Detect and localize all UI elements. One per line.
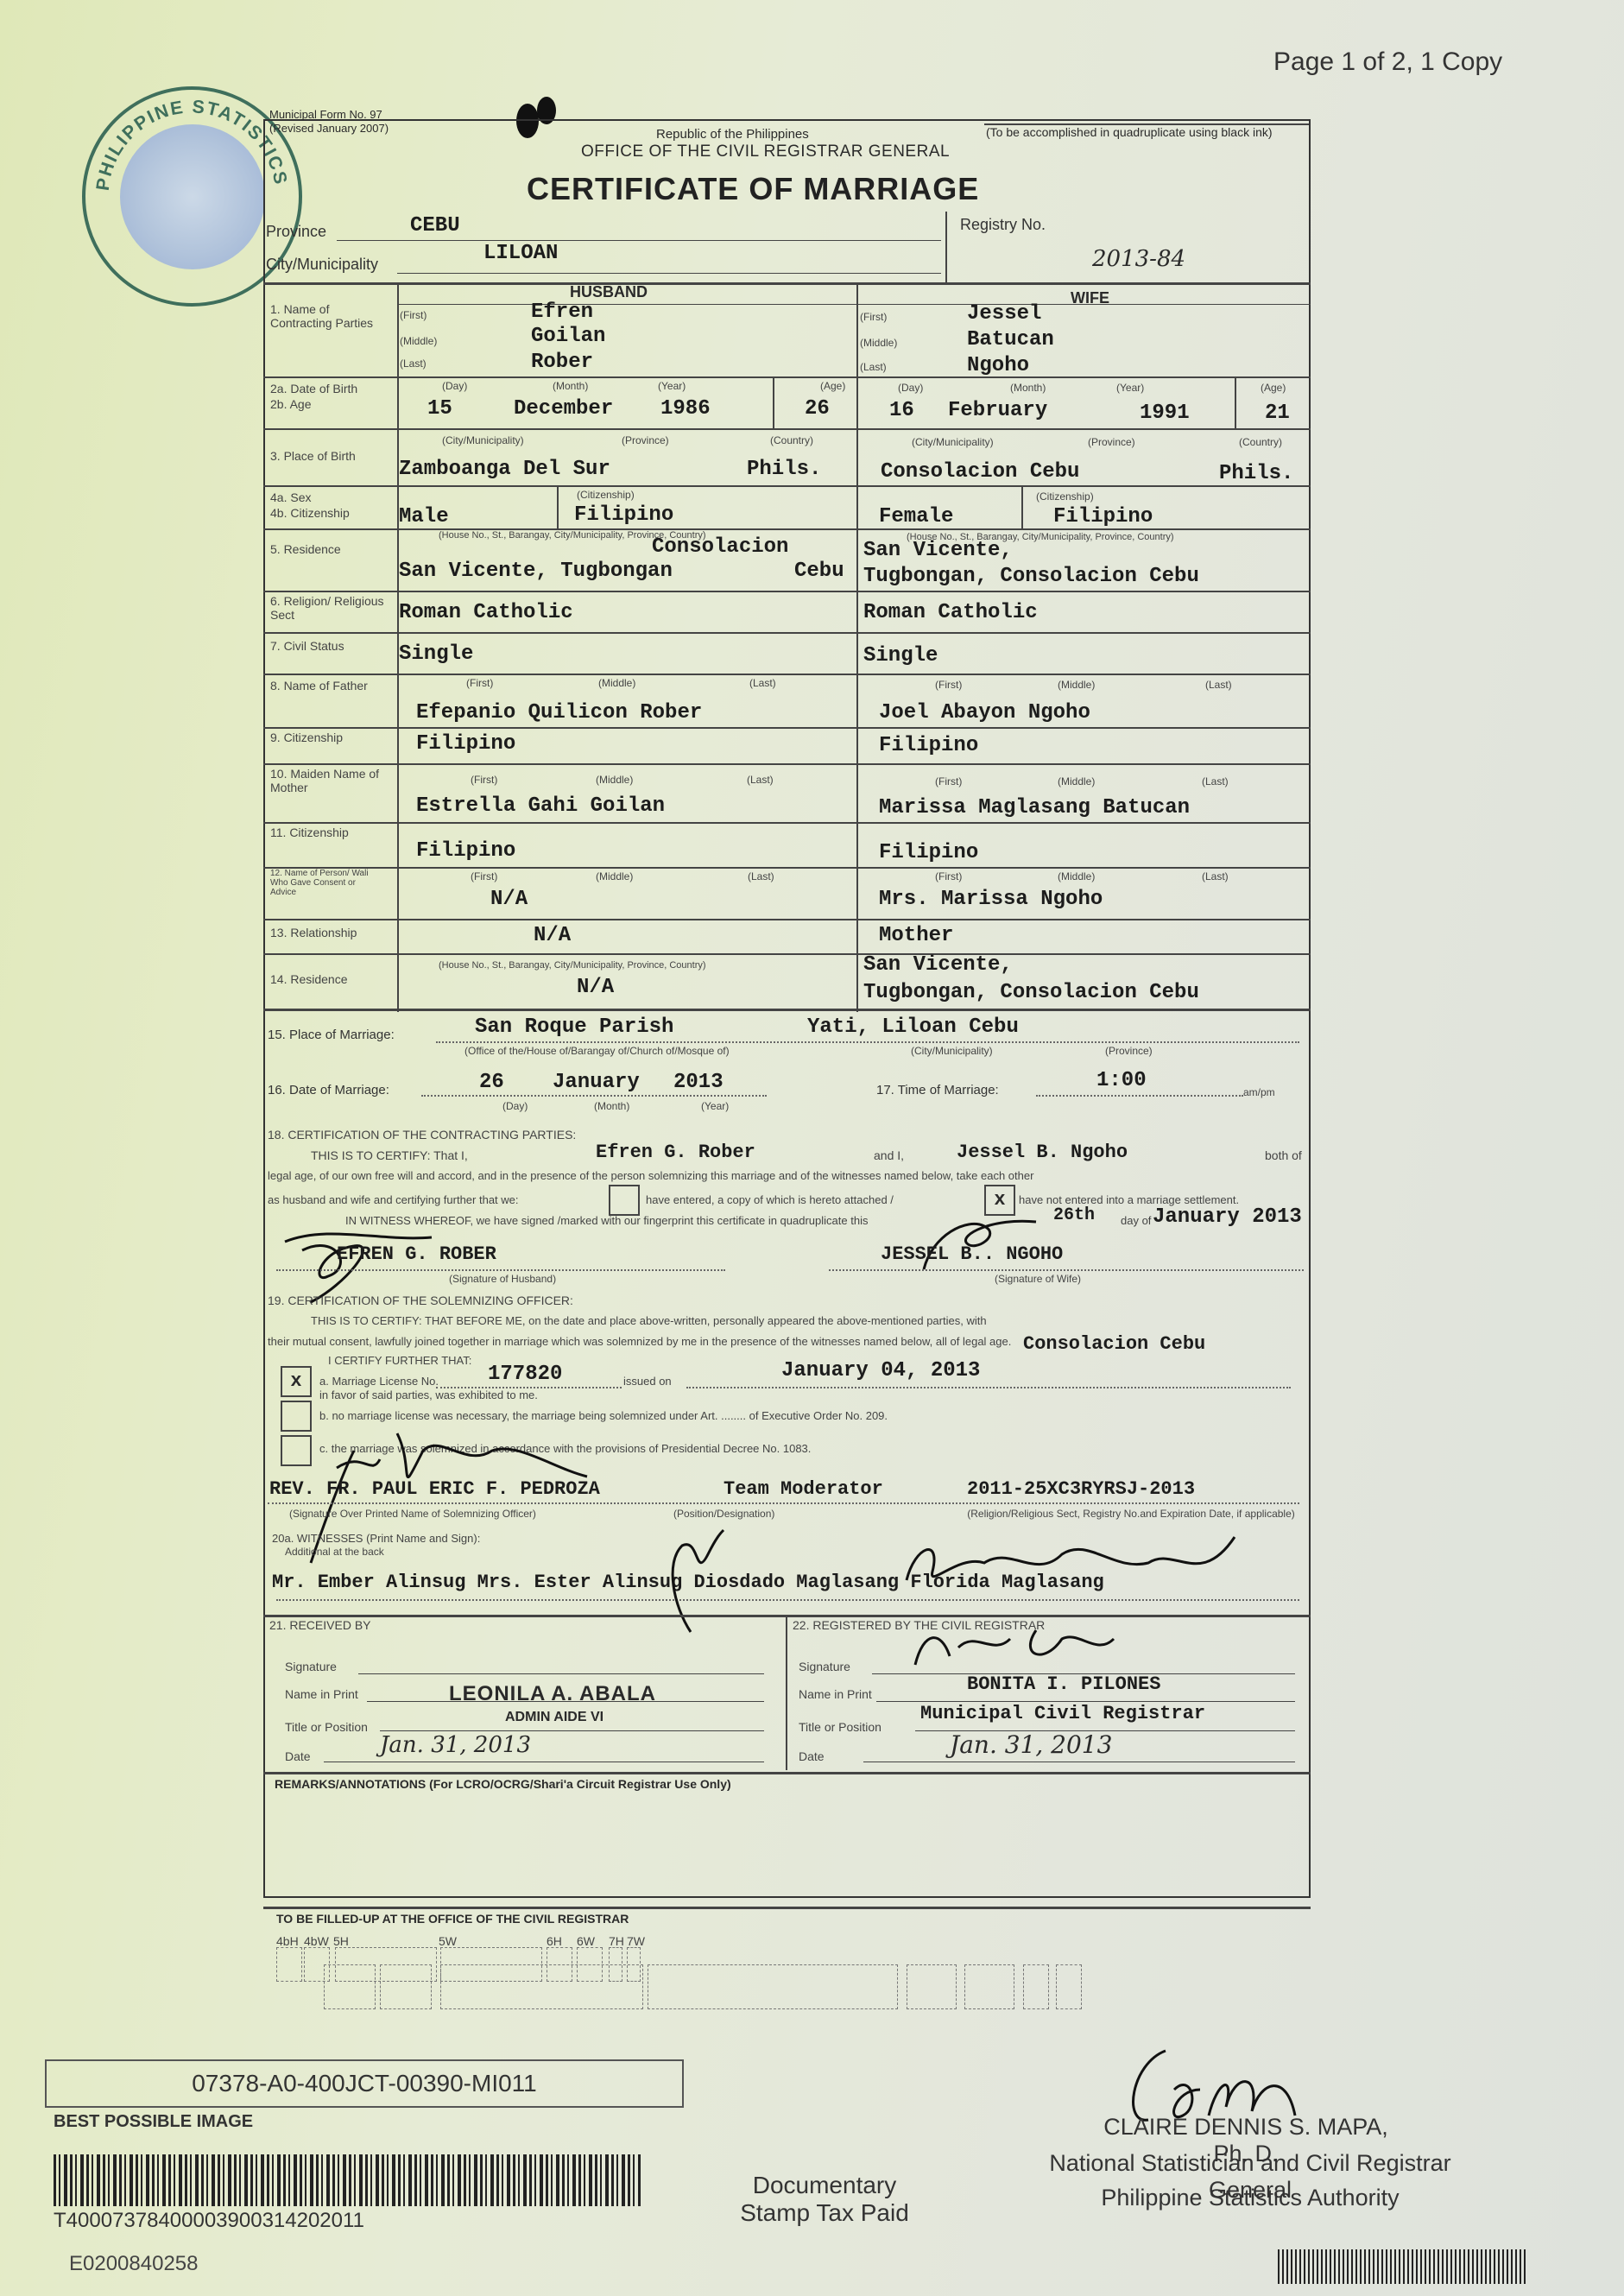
cert18-line3c: have not entered into a marriage settlem… xyxy=(1019,1193,1239,1206)
husband-first-name: Efren xyxy=(531,300,593,324)
sublabel-first: (First) xyxy=(860,311,887,323)
place-city: Yati, Liloan Cebu xyxy=(807,1015,1019,1039)
sublabel-month: (Month) xyxy=(1010,382,1046,394)
registered-name-label: Name in Print xyxy=(799,1687,872,1701)
witness-signature-icon xyxy=(889,1528,1252,1606)
office-use-label: TO BE FILLED-UP AT THE OFFICE OF THE CIV… xyxy=(276,1912,629,1926)
cert18-husband-name: Efren G. Rober xyxy=(596,1142,755,1163)
row-label-father: 8. Name of Father xyxy=(270,679,374,693)
sublabel-city: (City/Municipality) xyxy=(442,434,524,446)
wife-age: 21 xyxy=(1265,402,1290,425)
sublabel-last: (Last) xyxy=(749,677,776,689)
cert19-line1: THIS IS TO CERTIFY: THAT BEFORE ME, on t… xyxy=(311,1314,987,1327)
husband-mother-citizenship: Filipino xyxy=(416,839,515,863)
sublabel-citizenship: (Citizenship) xyxy=(1036,490,1094,503)
row-label-relationship: 13. Relationship xyxy=(270,926,357,939)
husband-civil-status: Single xyxy=(399,642,473,666)
sublabel-day: (Day) xyxy=(502,1100,528,1112)
husband-consent-residence: N/A xyxy=(577,976,614,999)
husband-pob-country: Phils. xyxy=(747,458,821,481)
sublabel-last: (Last) xyxy=(1202,775,1229,787)
sublabel-age: (Age) xyxy=(1261,382,1286,394)
officer-name: REV. FR. PAUL ERIC F. PEDROZA xyxy=(269,1478,600,1500)
cert19-further: I CERTIFY FURTHER THAT: xyxy=(328,1354,471,1367)
sublabel-day: (Day) xyxy=(442,380,467,392)
sublabel-year: (Year) xyxy=(701,1100,729,1112)
place-sub-office: (Office of the/House of/Barangay of/Chur… xyxy=(464,1045,730,1057)
sublabel-first: (First) xyxy=(400,309,427,321)
place-of-marriage-label: 15. Place of Marriage: xyxy=(268,1028,395,1042)
husband-signature-label: (Signature of Husband) xyxy=(449,1273,556,1285)
wife-relationship: Mother xyxy=(879,924,953,947)
document-code: 07378-A0-400JCT-00390-MI011 xyxy=(47,2061,682,2106)
row-label-citizenship: 4b. Citizenship xyxy=(270,506,350,520)
husband-dob-day: 15 xyxy=(427,397,452,421)
sublabel-last: (Last) xyxy=(1205,679,1232,691)
barcode-text: T40007378400003900314202011 xyxy=(54,2209,364,2233)
wife-last-name: Ngoho xyxy=(967,354,1029,377)
sublabel-day: (Day) xyxy=(898,382,923,394)
cert18-heading: 18. CERTIFICATION OF THE CONTRACTING PAR… xyxy=(268,1128,576,1142)
husband-father-citizenship: Filipino xyxy=(416,732,515,756)
row-label-civil-status: 7. Civil Status xyxy=(270,639,344,653)
sublabel-middle: (Middle) xyxy=(1058,679,1095,691)
code-5h-label: 5H xyxy=(333,1934,349,1948)
registered-title: Municipal Civil Registrar xyxy=(920,1703,1205,1724)
wife-religion: Roman Catholic xyxy=(863,601,1038,624)
sublabel-residence: (House No., St., Barangay, City/Municipa… xyxy=(439,960,706,971)
registered-date-label: Date xyxy=(799,1749,825,1763)
wife-civil-status: Single xyxy=(863,644,938,667)
registrar-signature-icon xyxy=(907,1613,1131,1673)
wife-mother-name: Marissa Maglasang Batucan xyxy=(879,796,1190,819)
republic-label: Republic of the Philippines xyxy=(656,127,809,142)
row-label-names: 1. Name of Contracting Parties xyxy=(270,302,391,330)
wife-residence-line1: San Vicente, xyxy=(863,539,1013,562)
form-no-text: Municipal Form No. 97 xyxy=(269,108,389,122)
stamp-line1: Documentary xyxy=(730,2172,919,2199)
position-sub: (Position/Designation) xyxy=(673,1508,774,1520)
cert18-line3a: as husband and wife and certifying furth… xyxy=(268,1193,519,1206)
received-signature-label: Signature xyxy=(285,1660,337,1673)
code-7w-label: 7W xyxy=(627,1934,645,1948)
row-label-consent: 12. Name of Person/ Wali Who Gave Consen… xyxy=(270,869,382,897)
husband-header: HUSBAND xyxy=(570,283,648,301)
row-label-dob: 2a. Date of Birth xyxy=(270,382,357,395)
husband-sex: Male xyxy=(399,505,449,528)
cert18-day-label: day of xyxy=(1121,1214,1151,1227)
sublabel-year: (Year) xyxy=(1116,382,1144,394)
cert19-place-overprint: Consolacion Cebu xyxy=(1023,1333,1205,1355)
husband-citizenship: Filipino xyxy=(574,503,673,527)
husband-residence-line3: Cebu xyxy=(794,560,844,583)
code-5w-label: 5W xyxy=(439,1934,457,1948)
sublabel-middle: (Middle) xyxy=(400,335,437,347)
sublabel-last: (Last) xyxy=(747,774,774,786)
cert18-and: and I, xyxy=(874,1148,904,1162)
sublabel-city: (City/Municipality) xyxy=(912,436,994,448)
wife-father-name: Joel Abayon Ngoho xyxy=(879,701,1090,724)
sublabel-month: (Month) xyxy=(553,380,588,392)
row-label-mother-citizenship: 11. Citizenship xyxy=(270,825,349,839)
row-label-age: 2b. Age xyxy=(270,397,312,411)
row-label-mother: 10. Maiden Name of Mother xyxy=(270,767,391,794)
marriage-year: 2013 xyxy=(673,1071,724,1094)
husband-dob-year: 1986 xyxy=(660,397,711,421)
sublabel-country: (Country) xyxy=(770,434,813,446)
row-label-father-citizenship: 9. Citizenship xyxy=(270,731,343,744)
husband-pob-city: Zamboanga Del Sur xyxy=(399,458,610,481)
husband-residence-line2: San Vicente, Tugbongan xyxy=(399,560,673,583)
witnesses-sublabel: Additional at the back xyxy=(285,1546,384,1558)
row-label-pob: 3. Place of Birth xyxy=(270,449,356,463)
husband-relationship: N/A xyxy=(534,924,571,947)
code-6w-label: 6W xyxy=(577,1934,595,1948)
husband-printed-name: EFREN G. ROBER xyxy=(337,1243,496,1265)
license-cont: in favor of said parties, was exhibited … xyxy=(319,1388,538,1401)
license-label: a. Marriage License No. xyxy=(319,1375,439,1388)
registered-date: Jan. 31, 2013 xyxy=(950,1730,1112,1759)
cert18-wife-name: Jessel B. Ngoho xyxy=(957,1142,1128,1163)
code-box-4bh[interactable] xyxy=(276,1947,302,1982)
cert19-line2: their mutual consent, lawfully joined to… xyxy=(268,1335,1011,1348)
place-sub-province: (Province) xyxy=(1105,1045,1153,1057)
barcode-icon xyxy=(54,2154,641,2206)
row-label-religion: 6. Religion/ Religious Sect xyxy=(270,594,391,622)
wife-dob-day: 16 xyxy=(889,399,914,422)
form-number: Municipal Form No. 97 (Revised January 2… xyxy=(269,108,389,136)
sublabel-age: (Age) xyxy=(820,380,845,392)
marriage-month: January xyxy=(553,1071,640,1094)
received-by-heading: 21. RECEIVED BY xyxy=(269,1618,371,1632)
issued-on-label: issued on xyxy=(623,1375,672,1388)
received-title-label: Title or Position xyxy=(285,1720,368,1734)
sublabel-first: (First) xyxy=(935,870,962,882)
code-4bw-label: 4bW xyxy=(304,1934,329,1948)
sublabel-year: (Year) xyxy=(658,380,686,392)
city-label: City/Municipality xyxy=(266,256,378,274)
ink-note: (To be accomplished in quadruplicate usi… xyxy=(986,125,1273,139)
wife-pob-city: Consolacion Cebu xyxy=(881,460,1079,484)
sublabel-middle: (Middle) xyxy=(598,677,635,689)
husband-last-name: Rober xyxy=(531,351,593,374)
husband-mother-name: Estrella Gahi Goilan xyxy=(416,794,665,818)
witnesses-label: 20a. WITNESSES (Print Name and Sign): xyxy=(272,1532,480,1545)
document-code-box: 07378-A0-400JCT-00390-MI011 xyxy=(45,2059,684,2108)
place-church: San Roque Parish xyxy=(475,1015,673,1039)
sublabel-province: (Province) xyxy=(1088,436,1135,448)
revised-text: (Revised January 2007) xyxy=(269,122,389,136)
husband-residence-line1: Consolacion xyxy=(652,535,788,559)
received-title: ADMIN AIDE VI xyxy=(505,1710,603,1725)
date-of-marriage-label: 16. Date of Marriage: xyxy=(268,1083,389,1097)
license-checkbox[interactable]: x xyxy=(281,1366,312,1397)
wife-dob-month: February xyxy=(948,399,1047,422)
stamp-line2: Stamp Tax Paid xyxy=(730,2199,919,2227)
row-label-residence: 5. Residence xyxy=(270,542,341,556)
sublabel-first: (First) xyxy=(471,870,497,882)
sublabel-first: (First) xyxy=(935,679,962,691)
marriage-day: 26 xyxy=(479,1071,504,1094)
code-4bh-label: 4bH xyxy=(276,1934,299,1948)
remarks-area xyxy=(275,1796,1293,1908)
remarks-label: REMARKS/ANNOTATIONS (For LCRO/OCRG/Shari… xyxy=(275,1777,731,1791)
sublabel-first: (First) xyxy=(935,775,962,787)
registry-sub: (Religion/Religious Sect, Registry No.an… xyxy=(963,1508,1299,1520)
received-name-label: Name in Print xyxy=(285,1687,358,1701)
place-sub-city: (City/Municipality) xyxy=(911,1045,993,1057)
sublabel-first: (First) xyxy=(471,774,497,786)
cert18-both: both of xyxy=(1265,1148,1302,1162)
registered-signature-label: Signature xyxy=(799,1660,850,1673)
sublabel-middle: (Middle) xyxy=(1058,775,1095,787)
sublabel-country: (Country) xyxy=(1239,436,1282,448)
received-date: Jan. 31, 2013 xyxy=(380,1732,531,1758)
sublabel-middle: (Middle) xyxy=(1058,870,1095,882)
province-label: Province xyxy=(266,223,326,241)
barcode-icon xyxy=(1278,2249,1528,2284)
cert18-line1: THIS IS TO CERTIFY: That I, xyxy=(311,1148,468,1162)
svg-text:PHILIPPINE STATISTICS AUTHORIT: PHILIPPINE STATISTICS AUTHORITY xyxy=(85,90,292,193)
wife-printed-name: JESSEL B.. NGOHO xyxy=(881,1243,1063,1265)
registered-title-label: Title or Position xyxy=(799,1720,882,1734)
office-label: OFFICE OF THE CIVIL REGISTRAR GENERAL xyxy=(581,142,950,161)
office-use-code-strip xyxy=(324,1964,1222,2009)
sublabel-last: (Last) xyxy=(860,361,887,373)
wife-consent-residence-line2: Tugbongan, Consolacion Cebu xyxy=(863,981,1199,1004)
husband-middle-name: Goilan xyxy=(531,325,605,348)
license-issue-date: January 04, 2013 xyxy=(781,1359,980,1382)
registered-name: BONITA I. PILONES xyxy=(967,1673,1160,1695)
wife-consent-person: Mrs. Marissa Ngoho xyxy=(879,888,1103,911)
document-title: CERTIFICATE OF MARRIAGE xyxy=(527,171,979,207)
stamp-tax-label: Documentary Stamp Tax Paid xyxy=(730,2172,919,2227)
registry-no: 2013-84 xyxy=(1092,246,1185,272)
serial-number: E0200840258 xyxy=(69,2252,198,2276)
best-image-label: BEST POSSIBLE IMAGE xyxy=(54,2112,253,2132)
officer-sub: (Signature Over Printed Name of Solemniz… xyxy=(289,1508,536,1520)
officer-registry: 2011-25XC3RYRSJ-2013 xyxy=(967,1478,1195,1500)
code-7h-label: 7H xyxy=(609,1934,624,1948)
received-name: LEONILA A. ABALA xyxy=(449,1682,656,1706)
cert18-day: 26th xyxy=(1053,1205,1095,1225)
page-counter: Page 1 of 2, 1 Copy xyxy=(1273,47,1502,77)
husband-dob-month: December xyxy=(514,397,613,421)
husband-consent-person: N/A xyxy=(490,888,528,911)
cert18-month-year: January 2013 xyxy=(1153,1205,1302,1229)
sublabel-middle: (Middle) xyxy=(860,337,897,349)
received-date-label: Date xyxy=(285,1749,311,1763)
marriage-time: 1:00 xyxy=(1096,1069,1147,1092)
wife-middle-name: Batucan xyxy=(967,328,1054,351)
wife-pob-country: Phils. xyxy=(1219,462,1293,485)
ampm-label: am/pm xyxy=(1243,1086,1275,1098)
province-value: CEBU xyxy=(410,214,460,237)
time-of-marriage-label: 17. Time of Marriage: xyxy=(876,1083,999,1097)
row-label-consent-residence: 14. Residence xyxy=(270,972,348,986)
wife-first-name: Jessel xyxy=(967,302,1041,326)
wife-dob-year: 1991 xyxy=(1140,402,1190,425)
witness-signature-icon xyxy=(656,1528,725,1641)
sublabel-last: (Last) xyxy=(1202,870,1229,882)
sublabel-province: (Province) xyxy=(622,434,669,446)
sublabel-last: (Last) xyxy=(400,357,427,370)
cert18-line3b: have entered, a copy of which is hereto … xyxy=(646,1193,894,1206)
registry-label: Registry No. xyxy=(960,216,1046,234)
wife-father-citizenship: Filipino xyxy=(879,734,978,757)
wife-mother-citizenship: Filipino xyxy=(879,841,978,864)
wife-citizenship: Filipino xyxy=(1053,505,1153,528)
wife-consent-residence-line1: San Vicente, xyxy=(863,953,1013,977)
officer-position: Team Moderator xyxy=(724,1478,883,1500)
sublabel-middle: (Middle) xyxy=(596,774,633,786)
row-label-sex: 4a. Sex xyxy=(270,490,311,504)
sublabel-month: (Month) xyxy=(594,1100,629,1112)
signatory-org: Philippine Statistics Authority xyxy=(1086,2185,1414,2211)
sublabel-citizenship: (Citizenship) xyxy=(577,489,635,501)
sublabel-last: (Last) xyxy=(748,870,774,882)
wife-sex: Female xyxy=(879,505,953,528)
city-value: LILOAN xyxy=(483,242,558,265)
husband-religion: Roman Catholic xyxy=(399,601,573,624)
wife-residence-line2: Tugbongan, Consolacion Cebu xyxy=(863,565,1199,588)
license-number: 177820 xyxy=(488,1363,562,1386)
code-6h-label: 6H xyxy=(547,1934,562,1948)
sublabel-first: (First) xyxy=(466,677,493,689)
settlement-entered-checkbox[interactable] xyxy=(609,1185,640,1216)
wife-signature-label: (Signature of Wife) xyxy=(995,1273,1081,1285)
cert19-heading: 19. CERTIFICATION OF THE SOLEMNIZING OFF… xyxy=(268,1293,573,1307)
cert18-line2: legal age, of our own free will and acco… xyxy=(268,1169,1033,1182)
husband-age: 26 xyxy=(805,397,830,421)
husband-father-name: Efepanio Quilicon Rober xyxy=(416,701,702,724)
sublabel-middle: (Middle) xyxy=(596,870,633,882)
